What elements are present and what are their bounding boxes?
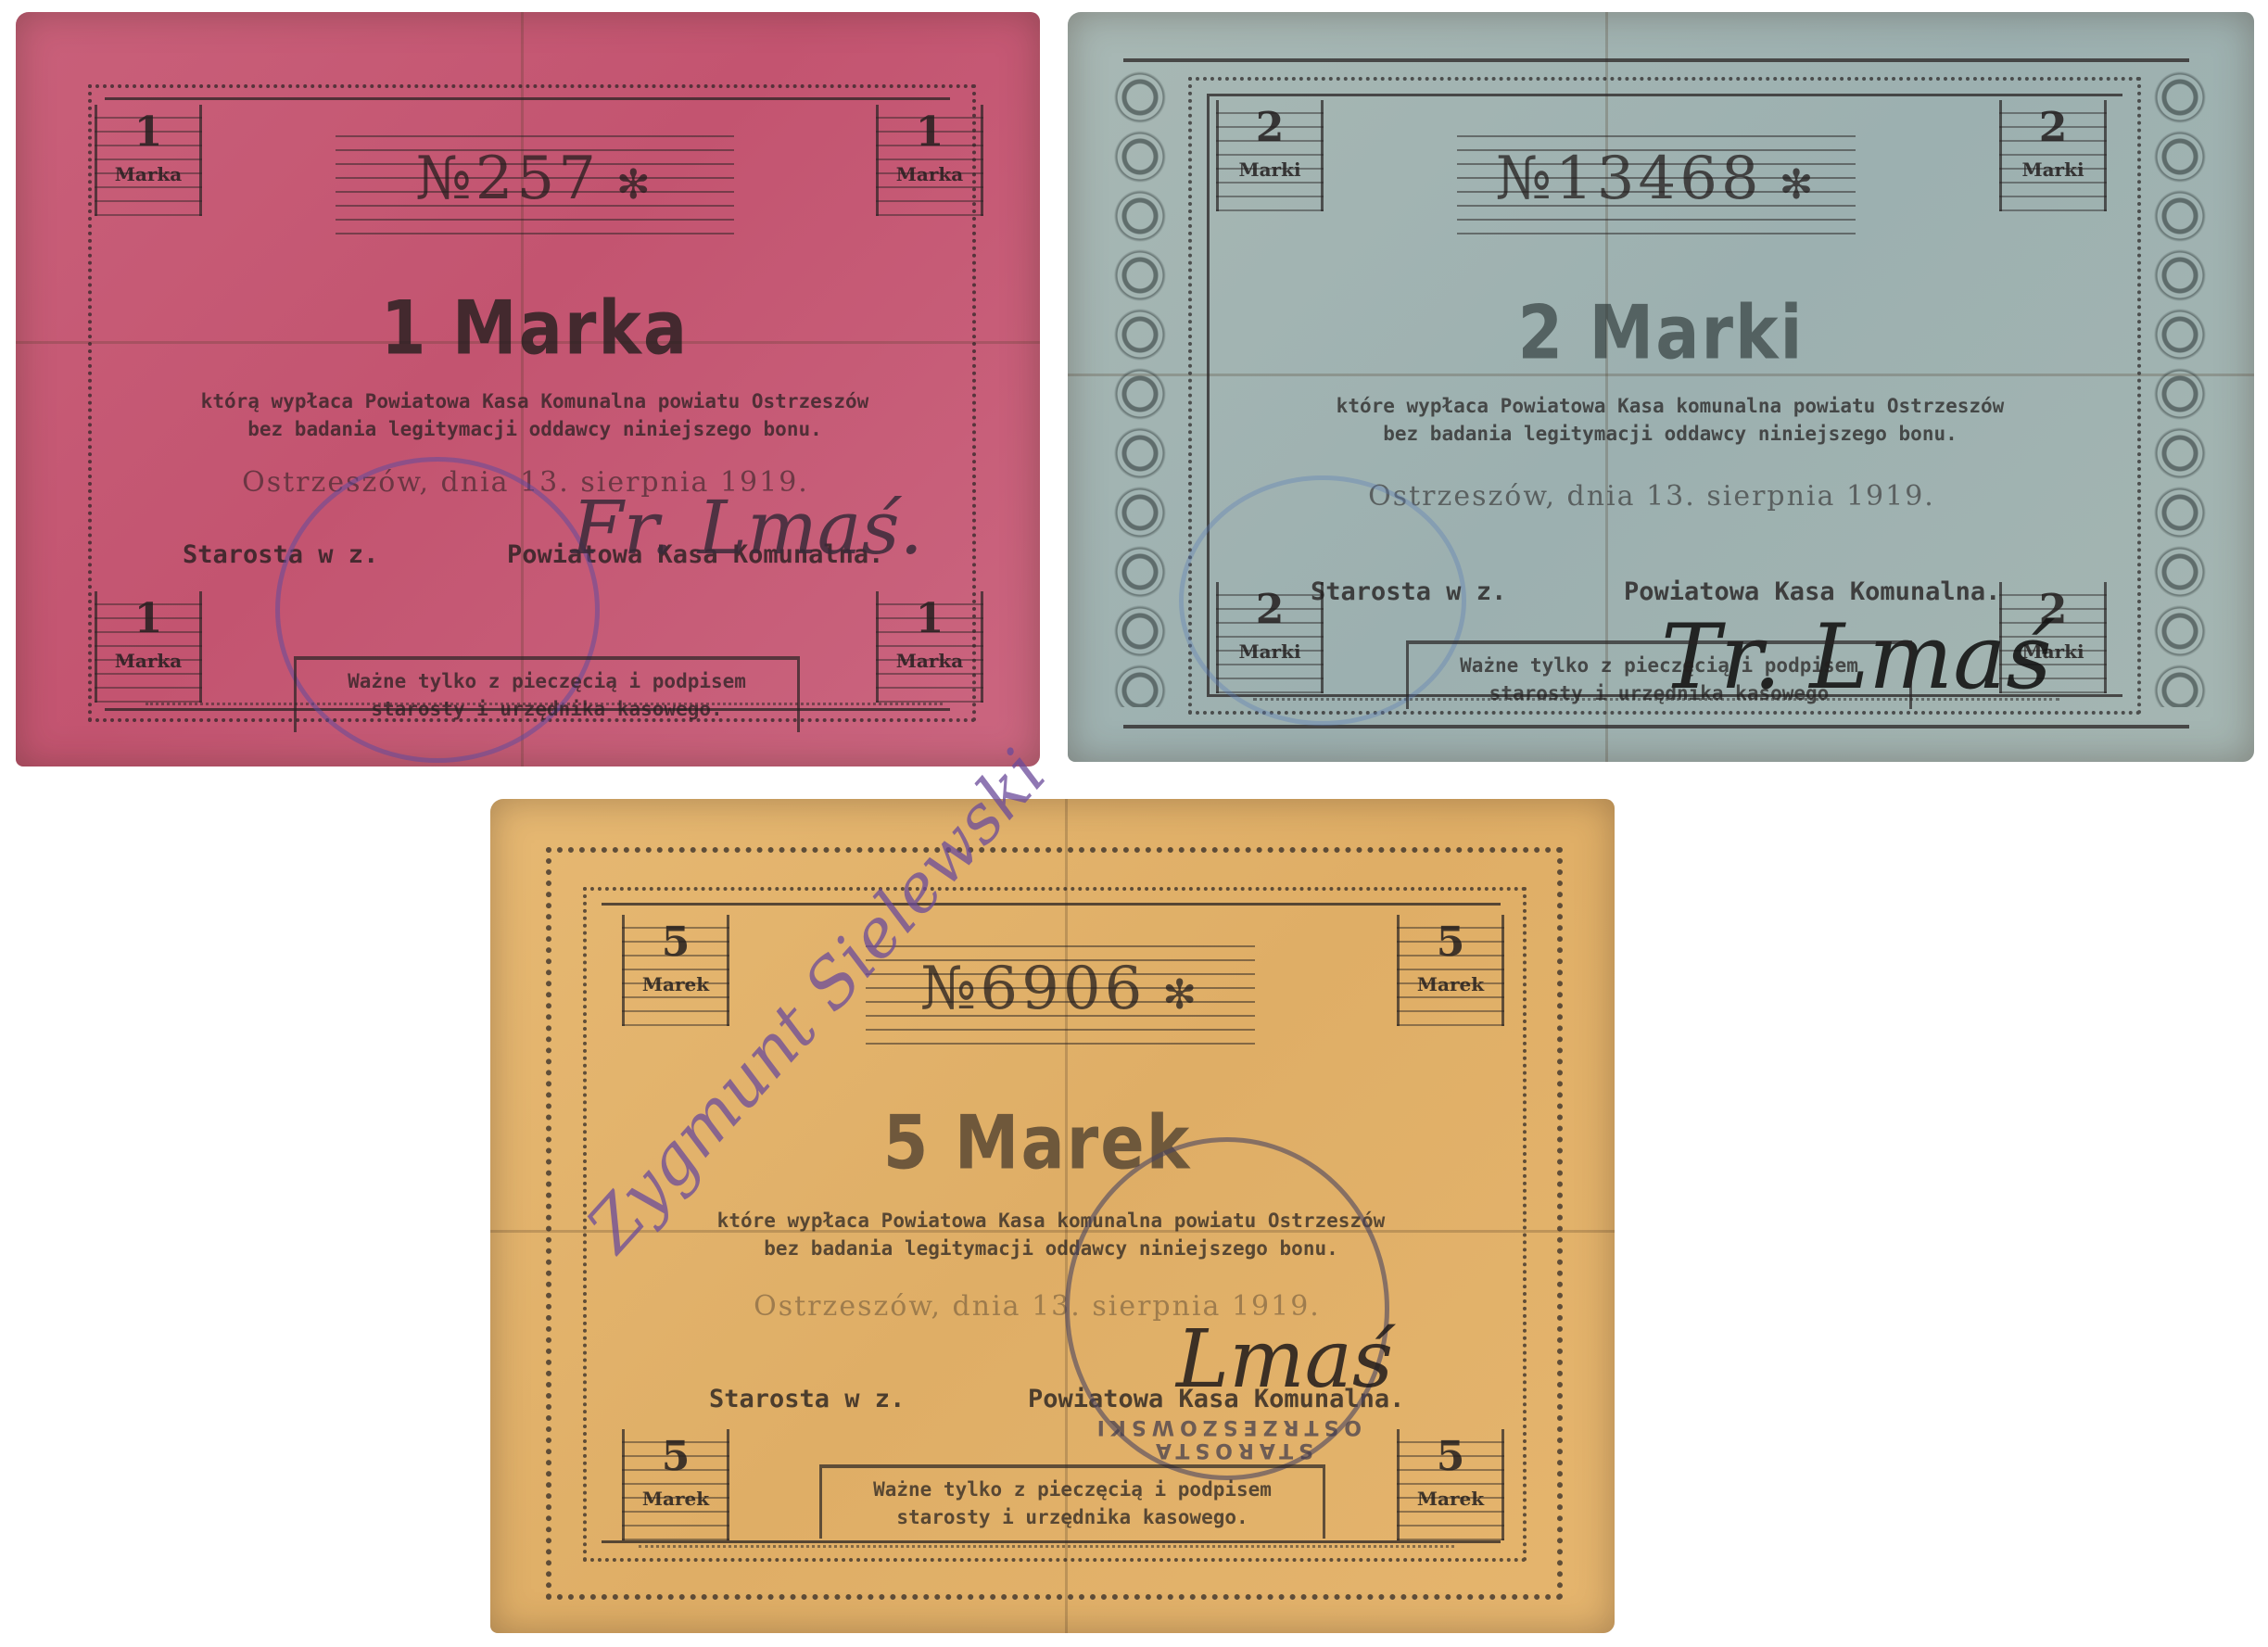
banknote-5-marek: 5 Marek 5 Marek 5 Marek 5 Marek №6906✻ 5… xyxy=(490,799,1615,1633)
banknote-2-marki: 2 Marki 2 Marki 2 Marki 2 Marki №13468✻ … xyxy=(1068,12,2254,762)
denomination-title: 2 Marki xyxy=(1420,289,1902,376)
corner-value-top-left: 2 Marki xyxy=(1216,100,1324,211)
validity-notice: Ważne tylko z pieczęcią i podpisem staro… xyxy=(1406,640,1912,709)
corner-value-top-left: 5 Marek xyxy=(622,915,729,1026)
banknote-1-marka: 1 Marka 1 Marka 1 Marka 1 Marka №257✻ 1 … xyxy=(16,12,1040,766)
signatory-starosta: Starosta w z. xyxy=(709,1385,905,1413)
issue-date: Ostrzeszów, dnia 13. sierpnia 1919. xyxy=(1327,480,1976,513)
corner-value-top-left: 1 Marka xyxy=(95,105,202,216)
validity-notice: Ważne tylko z pieczęcią i podpisem staro… xyxy=(294,656,800,732)
corner-value-bottom-left: 5 Marek xyxy=(622,1429,729,1540)
star-ornament-icon: ✻ xyxy=(1162,971,1200,1019)
serial-number: №13468✻ xyxy=(1457,123,1856,234)
handwritten-signature-black: Lmaś xyxy=(1176,1313,1393,1406)
stamp-text: STAROSTA OSTRZESZOWSKI xyxy=(1102,1415,1362,1462)
corner-value-bottom-right: 5 Marek xyxy=(1397,1429,1504,1540)
handwritten-signature: Fr. Lmaś. xyxy=(572,485,923,571)
denomination-title: 1 Marka xyxy=(294,285,776,372)
issuer-text: którą wypłaca Powiatowa Kasa Komunalna p… xyxy=(127,387,943,443)
signature-line xyxy=(639,1545,1454,1548)
validity-notice: Ważne tylko z pieczęcią i podpisem staro… xyxy=(819,1464,1325,1539)
star-ornament-icon: ✻ xyxy=(1780,161,1818,209)
serial-number: №6906✻ xyxy=(866,933,1255,1045)
serial-number: №257✻ xyxy=(336,123,734,234)
signatory-kasa: Powiatowa Kasa Komunalna. xyxy=(1624,577,2000,606)
corner-value-top-right: 2 Marki xyxy=(1999,100,2107,211)
issuer-text: które wypłaca Powiatowa Kasa komunalna p… xyxy=(1225,392,2115,448)
corner-value-top-right: 5 Marek xyxy=(1397,915,1504,1026)
corner-value-bottom-left: 1 Marka xyxy=(95,591,202,703)
star-ornament-icon: ✻ xyxy=(616,161,654,209)
corner-value-top-right: 1 Marka xyxy=(876,105,983,216)
corner-value-bottom-right: 1 Marka xyxy=(876,591,983,703)
